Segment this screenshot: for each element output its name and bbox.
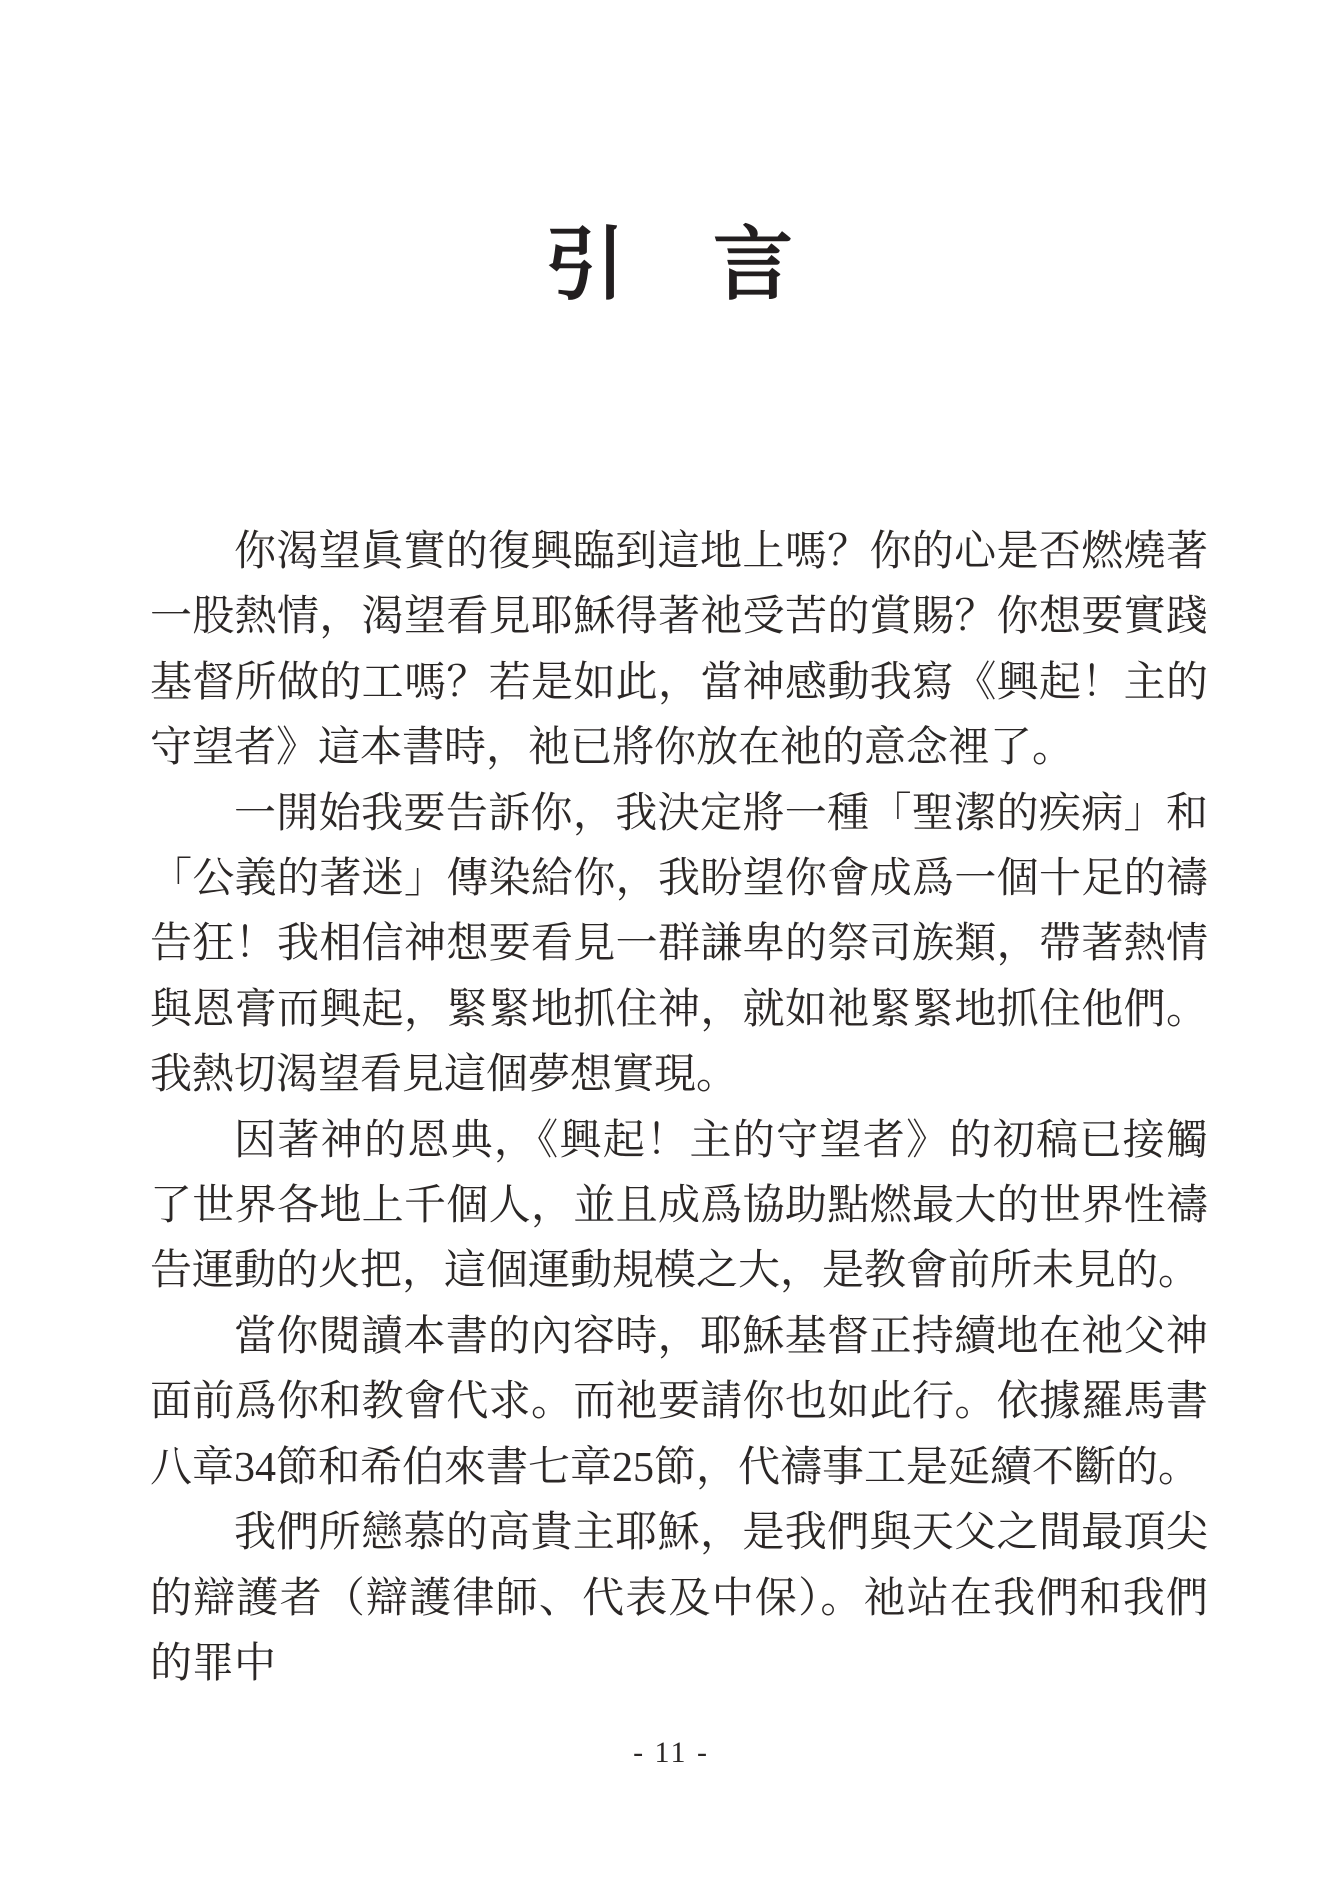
- page-number: - 11 -: [0, 1736, 1342, 1770]
- body-text: 你渴望眞實的復興臨到這地上嗎？你的心是否燃燒著一股熱情，渴望看見耶穌得著祂受苦的…: [150, 520, 1208, 1697]
- body-paragraph: 當你閱讀本書的內容時，耶穌基督正持續地在祂父神面前爲你和教會代求。而祂要請你也如…: [150, 1305, 1208, 1501]
- body-paragraph: 因著神的恩典，《興起！主的守望者》的初稿已接觸了世界各地上千個人，並且成爲協助點…: [150, 1109, 1208, 1305]
- book-page: 引 言 你渴望眞實的復興臨到這地上嗎？你的心是否燃燒著一股熱情，渴望看見耶穌得著…: [0, 0, 1342, 1904]
- body-paragraph: 一開始我要告訴你，我決定將一種「聖潔的疾病」和「公義的著迷」傳染給你，我盼望你會…: [150, 782, 1208, 1109]
- body-paragraph: 我們所戀慕的高貴主耶穌，是我們與天父之間最頂尖的辯護者（辯護律師、代表及中保）。…: [150, 1501, 1208, 1697]
- chapter-title: 引 言: [0, 200, 1342, 315]
- body-paragraph: 你渴望眞實的復興臨到這地上嗎？你的心是否燃燒著一股熱情，渴望看見耶穌得著祂受苦的…: [150, 520, 1208, 782]
